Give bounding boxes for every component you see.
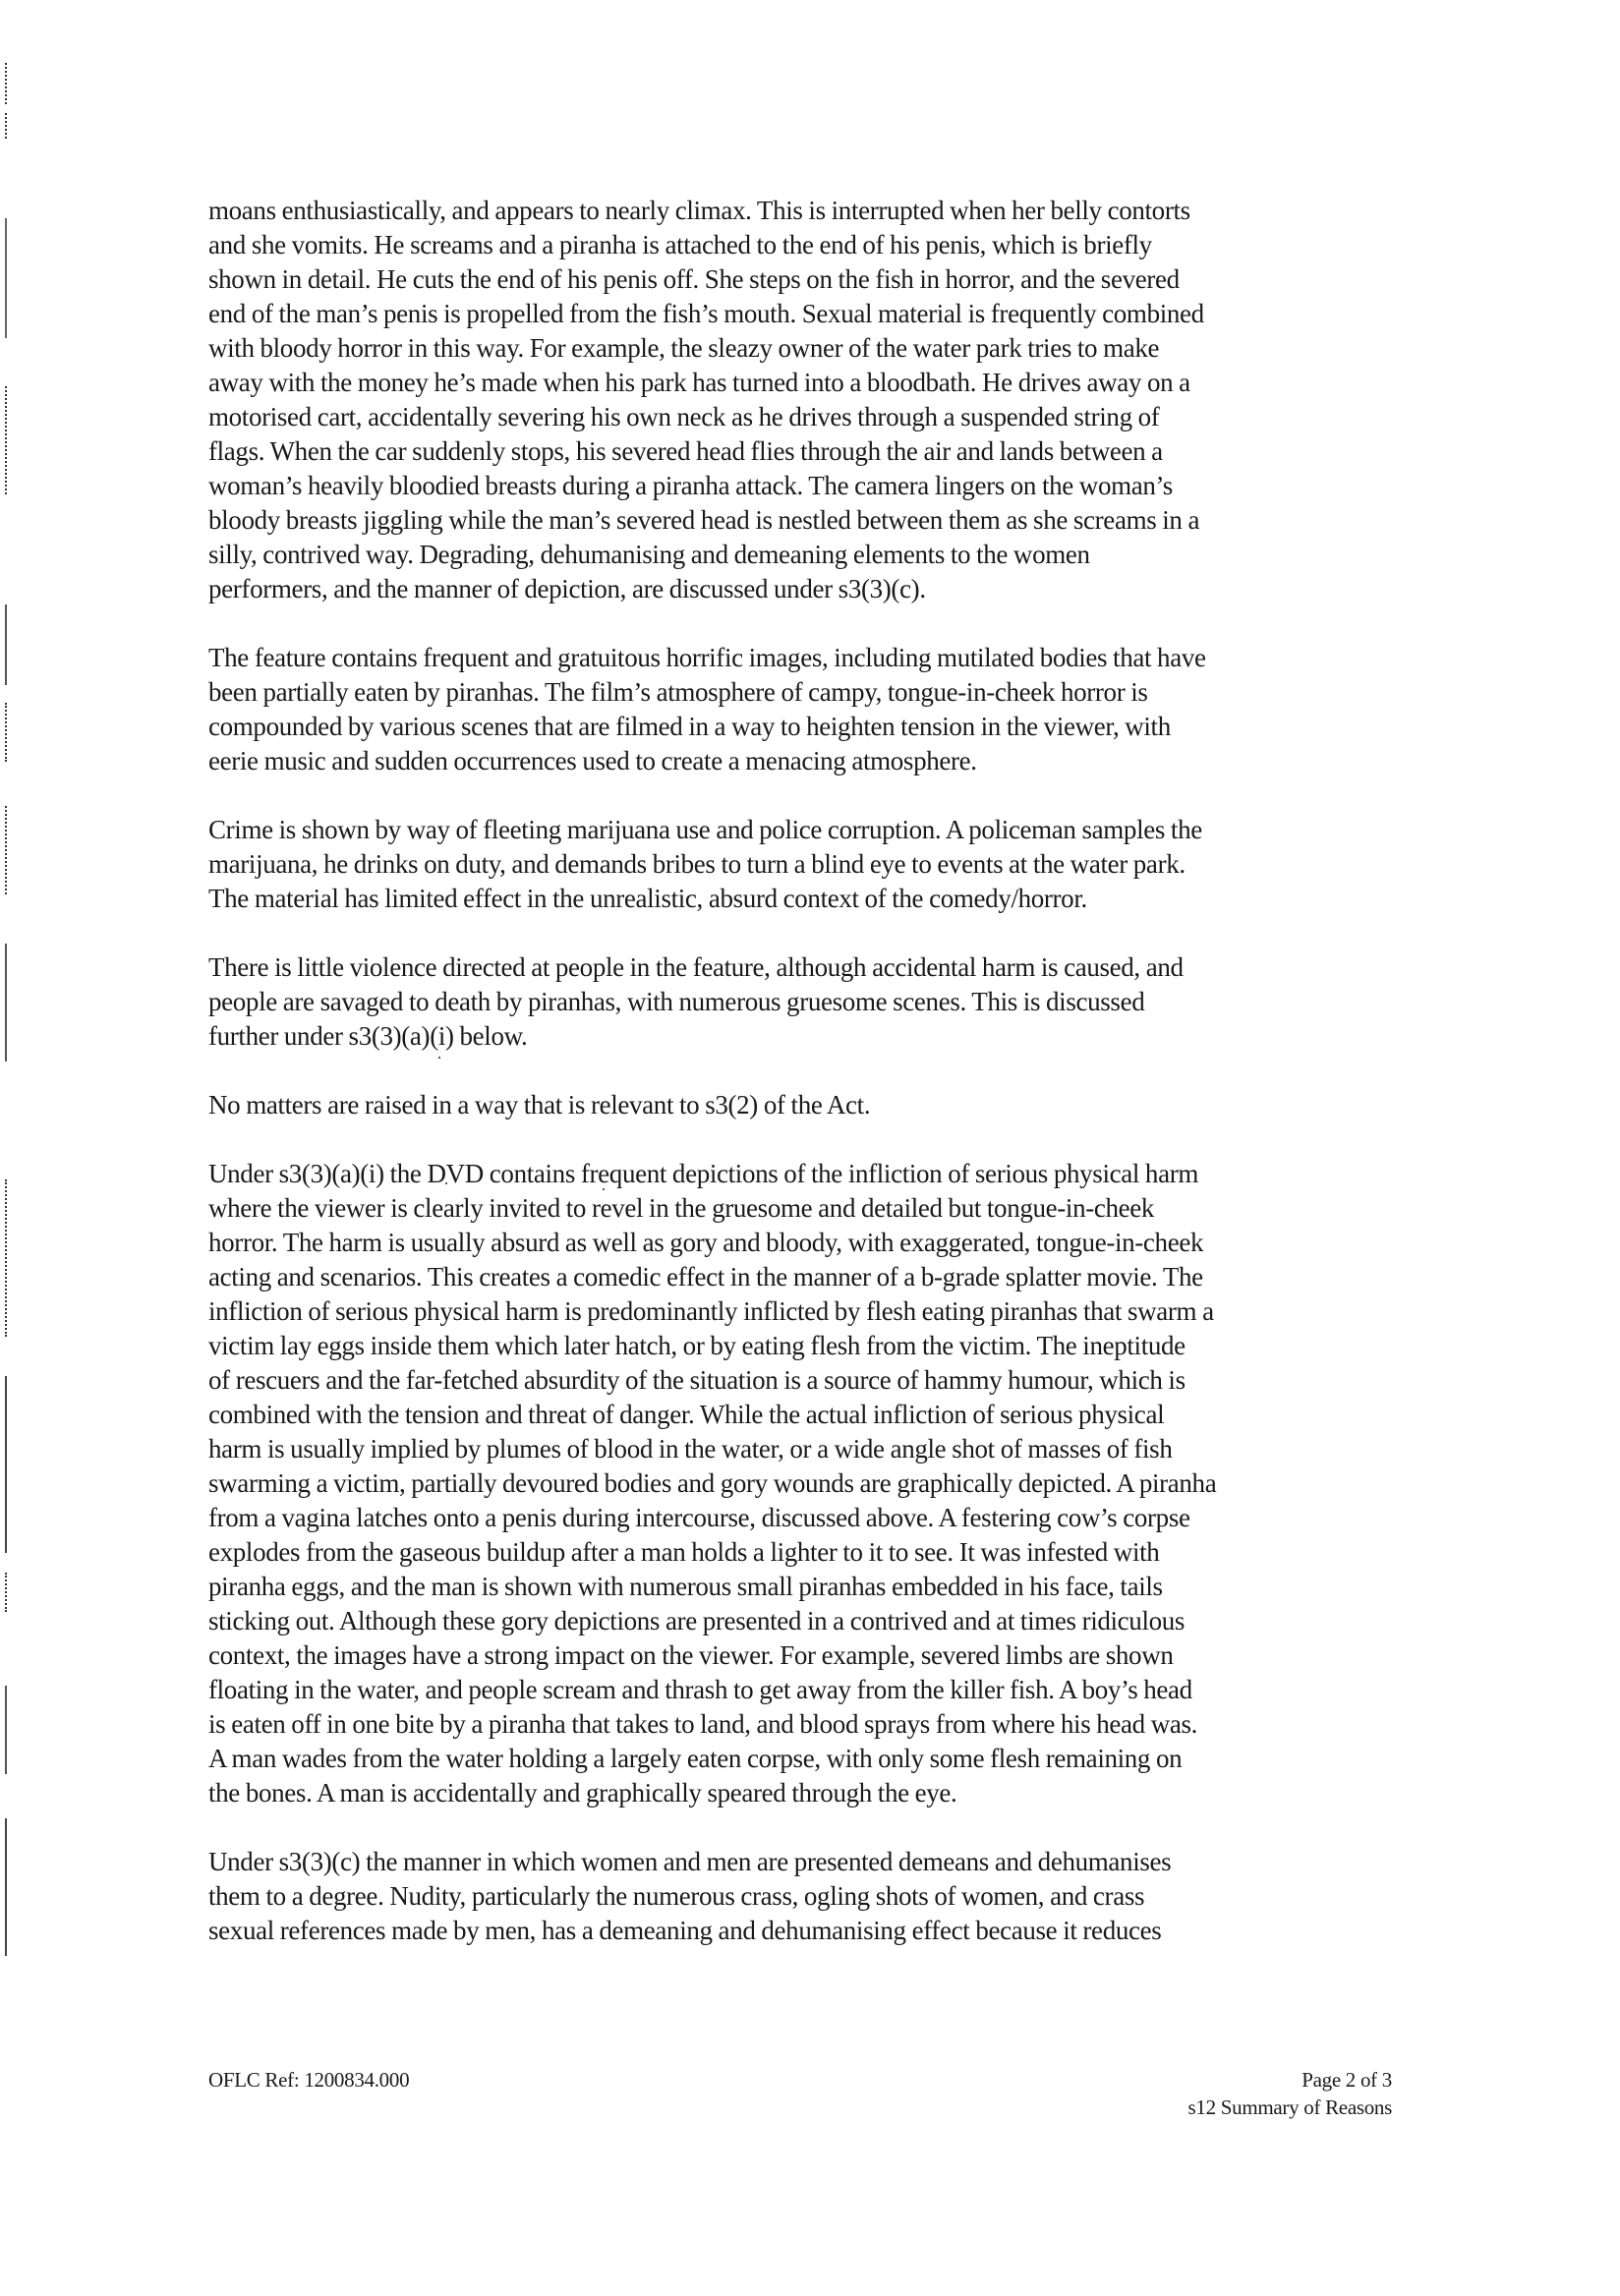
footer-reference: OFLC Ref: 1200834.000 (208, 2066, 409, 2094)
text-line: the bones. A man is accidentally and gra… (208, 1776, 1427, 1810)
scan-artifact (5, 806, 9, 894)
scan-artifact (5, 604, 9, 685)
text-line: end of the man’s penis is propelled from… (208, 297, 1427, 331)
text-line: been partially eaten by piranhas. The fi… (208, 675, 1427, 710)
text-line: victim lay eggs inside them which later … (208, 1329, 1427, 1363)
paragraph-s3-3-a-i: Under s3(3)(a)(i) the DVD contains frequ… (208, 1157, 1427, 1810)
text-line: The feature contains frequent and gratui… (208, 641, 1427, 675)
text-line: silly, contrived way. Degrading, dehuman… (208, 538, 1427, 572)
text-line: No matters are raised in a way that is r… (208, 1088, 1427, 1122)
text-line: with bloody horror in this way. For exam… (208, 331, 1427, 366)
text-line: people are savaged to death by piranhas,… (208, 985, 1427, 1019)
text-line: flags. When the car suddenly stops, his … (208, 434, 1427, 469)
text-line: bloody breasts jiggling while the man’s … (208, 503, 1427, 538)
text-line: harm is usually implied by plumes of blo… (208, 1432, 1427, 1466)
scan-artifact (5, 1818, 9, 1956)
scan-artifact (5, 1686, 9, 1774)
text-line: away with the money he’s made when his p… (208, 366, 1427, 400)
text-line: is eaten off in one bite by a piranha th… (208, 1707, 1427, 1742)
text-line: marijuana, he drinks on duty, and demand… (208, 847, 1427, 882)
text-line: floating in the water, and people scream… (208, 1673, 1427, 1707)
paragraph-horrific-images: The feature contains frequent and gratui… (208, 641, 1427, 778)
text-line: The material has limited effect in the u… (208, 882, 1427, 916)
document-type: s12 Summary of Reasons (1188, 2094, 1392, 2121)
text-line: and she vomits. He screams and a piranha… (208, 228, 1427, 262)
document-page: moans enthusiastically, and appears to n… (0, 0, 1620, 2296)
text-line: Under s3(3)(a)(i) the DVD contains frequ… (208, 1157, 1427, 1191)
text-line: piranha eggs, and the man is shown with … (208, 1570, 1427, 1604)
text-line: eerie music and sudden occurrences used … (208, 744, 1427, 778)
text-line: horror. The harm is usually absurd as we… (208, 1226, 1427, 1260)
paragraph-s3-2: No matters are raised in a way that is r… (208, 1088, 1427, 1122)
text-line: performers, and the manner of depiction,… (208, 572, 1427, 606)
scan-artifact (5, 944, 9, 1062)
paragraph-crime: Crime is shown by way of fleeting mariju… (208, 813, 1427, 916)
text-line: sexual references made by men, has a dem… (208, 1914, 1427, 1948)
text-line: woman’s heavily bloodied breasts during … (208, 469, 1427, 503)
text-line: shown in detail. He cuts the end of his … (208, 262, 1427, 297)
scan-artifact (5, 1376, 9, 1553)
text-line: explodes from the gaseous buildup after … (208, 1535, 1427, 1570)
scan-artifact (5, 113, 9, 139)
text-line: sticking out. Although these gory depict… (208, 1604, 1427, 1638)
text-line: There is little violence directed at peo… (208, 950, 1427, 985)
text-line: A man wades from the water holding a lar… (208, 1742, 1427, 1776)
text-line: motorised cart, accidentally severing hi… (208, 400, 1427, 434)
text-line: where the viewer is clearly invited to r… (208, 1191, 1427, 1226)
text-line: further under s3(3)(a)(i) below. (208, 1019, 1427, 1054)
text-line: them to a degree. Nudity, particularly t… (208, 1879, 1427, 1914)
document-body: moans enthusiastically, and appears to n… (208, 194, 1427, 1982)
text-line: infliction of serious physical harm is p… (208, 1294, 1427, 1329)
paragraph-sexual-content: moans enthusiastically, and appears to n… (208, 194, 1427, 606)
text-line: context, the images have a strong impact… (208, 1638, 1427, 1673)
text-line: combined with the tension and threat of … (208, 1398, 1427, 1432)
scan-artifact (5, 1179, 9, 1337)
paragraph-violence: There is little violence directed at peo… (208, 950, 1427, 1054)
scan-artifact (5, 63, 9, 104)
scan-artifact (5, 1573, 9, 1612)
scan-artifact (5, 703, 9, 762)
text-line: swarming a victim, partially devoured bo… (208, 1466, 1427, 1501)
page-number: Page 2 of 3 (1188, 2066, 1392, 2094)
scan-artifact (5, 386, 9, 494)
text-line: Crime is shown by way of fleeting mariju… (208, 813, 1427, 847)
scan-artifact (5, 218, 9, 338)
text-line: Under s3(3)(c) the manner in which women… (208, 1845, 1427, 1879)
text-line: acting and scenarios. This creates a com… (208, 1260, 1427, 1294)
text-line: moans enthusiastically, and appears to n… (208, 194, 1427, 228)
text-line: compounded by various scenes that are fi… (208, 710, 1427, 744)
paragraph-s3-3-c: Under s3(3)(c) the manner in which women… (208, 1845, 1427, 1948)
text-line: of rescuers and the far-fetched absurdit… (208, 1363, 1427, 1398)
text-line: from a vagina latches onto a penis durin… (208, 1501, 1427, 1535)
footer-page-info: Page 2 of 3 s12 Summary of Reasons (1188, 2066, 1392, 2121)
